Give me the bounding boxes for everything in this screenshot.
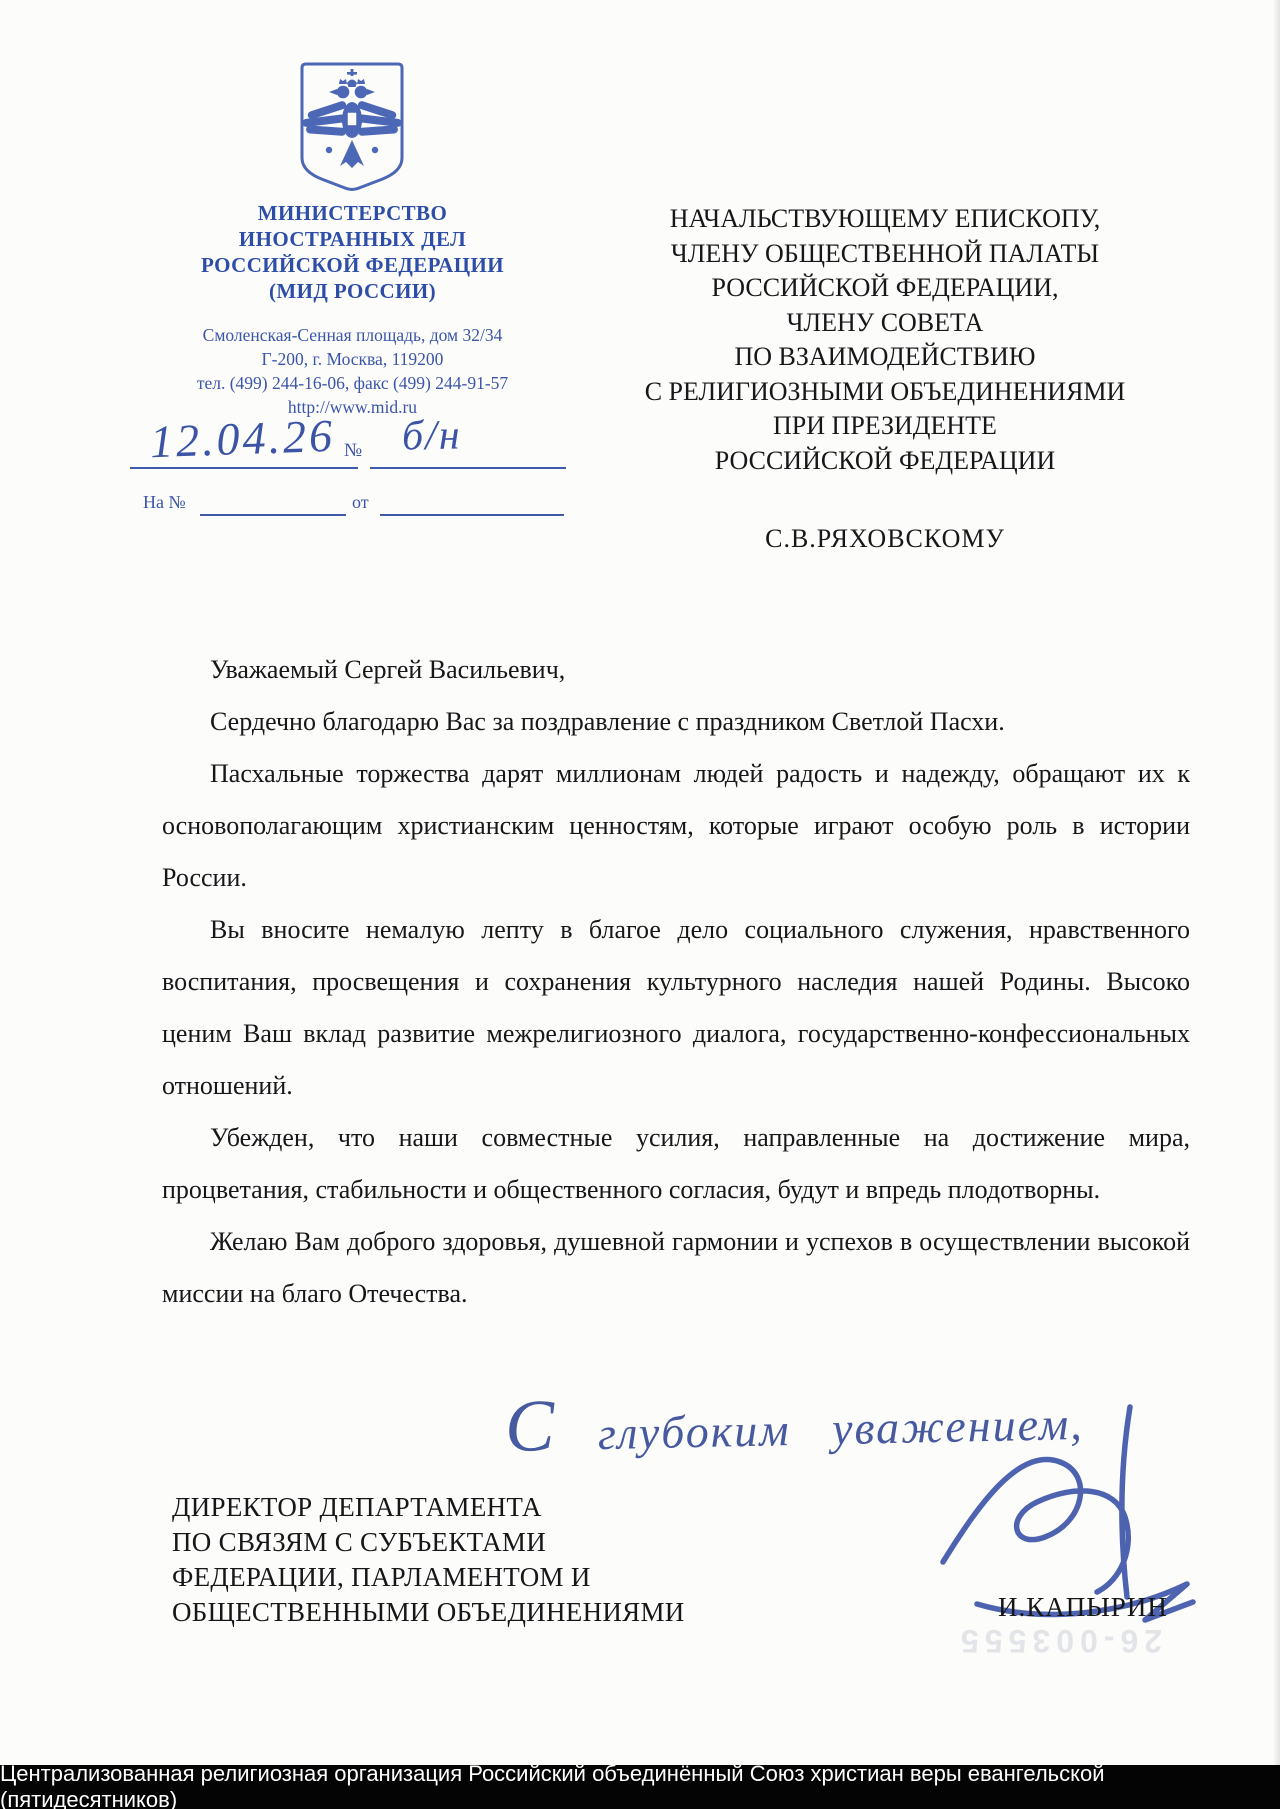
- addressee-block: НАЧАЛЬСТВУЮЩЕМУ ЕПИСКОПУ, ЧЛЕНУ ОБЩЕСТВЕ…: [635, 202, 1135, 478]
- director-title-line: ПО СВЯЗЯМ С СУБЪЕКТАМИ: [172, 1525, 685, 1560]
- paragraph: Желаю Вам доброго здоровья, душевной гар…: [162, 1216, 1190, 1320]
- handwritten-number: б/н: [402, 411, 462, 460]
- ministry-name-line: ИНОСТРАННЫХ ДЕЛ: [140, 226, 565, 252]
- paragraph: Вы вносите немалую лепту в благое дело с…: [162, 904, 1190, 1112]
- reference-ot-label: от: [352, 492, 369, 513]
- number-underline: [370, 467, 566, 469]
- stamp-number: 26-003555: [955, 1622, 1162, 1659]
- addressee-line: ПО ВЗАИМОДЕЙСТВИЮ: [635, 340, 1135, 375]
- salutation: Уважаемый Сергей Васильевич,: [162, 644, 1190, 696]
- ministry-name-line: МИНИСТЕРСТВО: [140, 200, 565, 226]
- ministry-name: МИНИСТЕРСТВО ИНОСТРАННЫХ ДЕЛ РОССИЙСКОЙ …: [140, 200, 565, 304]
- paragraph: Сердечно благодарю Вас за поздравление с…: [162, 696, 1190, 748]
- address-line: Г-200, г. Москва, 119200: [120, 347, 585, 371]
- addressee-line: ПРИ ПРЕЗИДЕНТЕ: [635, 409, 1135, 444]
- addressee-line: ЧЛЕНУ ОБЩЕСТВЕННОЙ ПАЛАТЫ: [635, 237, 1135, 272]
- address-line: Смоленская-Сенная площадь, дом 32/34: [120, 323, 585, 347]
- paragraph: Убежден, что наши совместные усилия, нап…: [162, 1112, 1190, 1216]
- director-title-line: ДИРЕКТОР ДЕПАРТАМЕНТА: [172, 1490, 685, 1525]
- addressee-line: ЧЛЕНУ СОВЕТА: [635, 306, 1135, 341]
- addressee-line: РОССИЙСКОЙ ФЕДЕРАЦИИ: [635, 444, 1135, 479]
- coat-of-arms-emblem: [296, 60, 408, 192]
- reference-na-underline: [200, 514, 346, 516]
- footer-text: Централизованная религиозная организация…: [0, 1761, 1280, 1809]
- signer-name: И.КАПЫРИН: [998, 1592, 1168, 1623]
- addressee-name: С.В.РЯХОВСКОМУ: [635, 524, 1135, 554]
- footer-bar: Централизованная религиозная организация…: [0, 1765, 1280, 1809]
- addressee-line: РОССИЙСКОЙ ФЕДЕРАЦИИ,: [635, 271, 1135, 306]
- ministry-name-line: РОССИЙСКОЙ ФЕДЕРАЦИИ: [140, 252, 565, 278]
- number-sign: №: [344, 440, 362, 462]
- date-underline: [130, 467, 358, 469]
- reference-na-label: На №: [143, 492, 186, 513]
- addressee-line: НАЧАЛЬСТВУЮЩЕМУ ЕПИСКОПУ,: [635, 202, 1135, 237]
- director-title-line: ФЕДЕРАЦИИ, ПАРЛАМЕНТОМ И: [172, 1560, 685, 1595]
- reference-ot-underline: [380, 514, 564, 516]
- ministry-name-line: (МИД РОССИИ): [140, 278, 565, 304]
- handwritten-date: 12.04.26: [149, 409, 336, 468]
- paragraph: Пасхальные торжества дарят миллионам люд…: [162, 748, 1190, 904]
- address-line: тел. (499) 244-16-06, факс (499) 244-91-…: [120, 371, 585, 395]
- addressee-line: С РЕЛИГИОЗНЫМИ ОБЪЕДИНЕНИЯМИ: [635, 375, 1135, 410]
- scan-edge-artifact: [1273, 0, 1280, 1809]
- director-title: ДИРЕКТОР ДЕПАРТАМЕНТА ПО СВЯЗЯМ С СУБЪЕК…: [172, 1490, 685, 1630]
- director-title-line: ОБЩЕСТВЕННЫМИ ОБЪЕДИНЕНИЯМИ: [172, 1595, 685, 1630]
- scanned-letter-page: МИНИСТЕРСТВО ИНОСТРАННЫХ ДЕЛ РОССИЙСКОЙ …: [0, 0, 1280, 1809]
- letter-body: Уважаемый Сергей Васильевич, Сердечно бл…: [162, 644, 1190, 1320]
- ministry-address: Смоленская-Сенная площадь, дом 32/34 Г-2…: [120, 323, 585, 419]
- double-headed-eagle-icon: [302, 69, 402, 168]
